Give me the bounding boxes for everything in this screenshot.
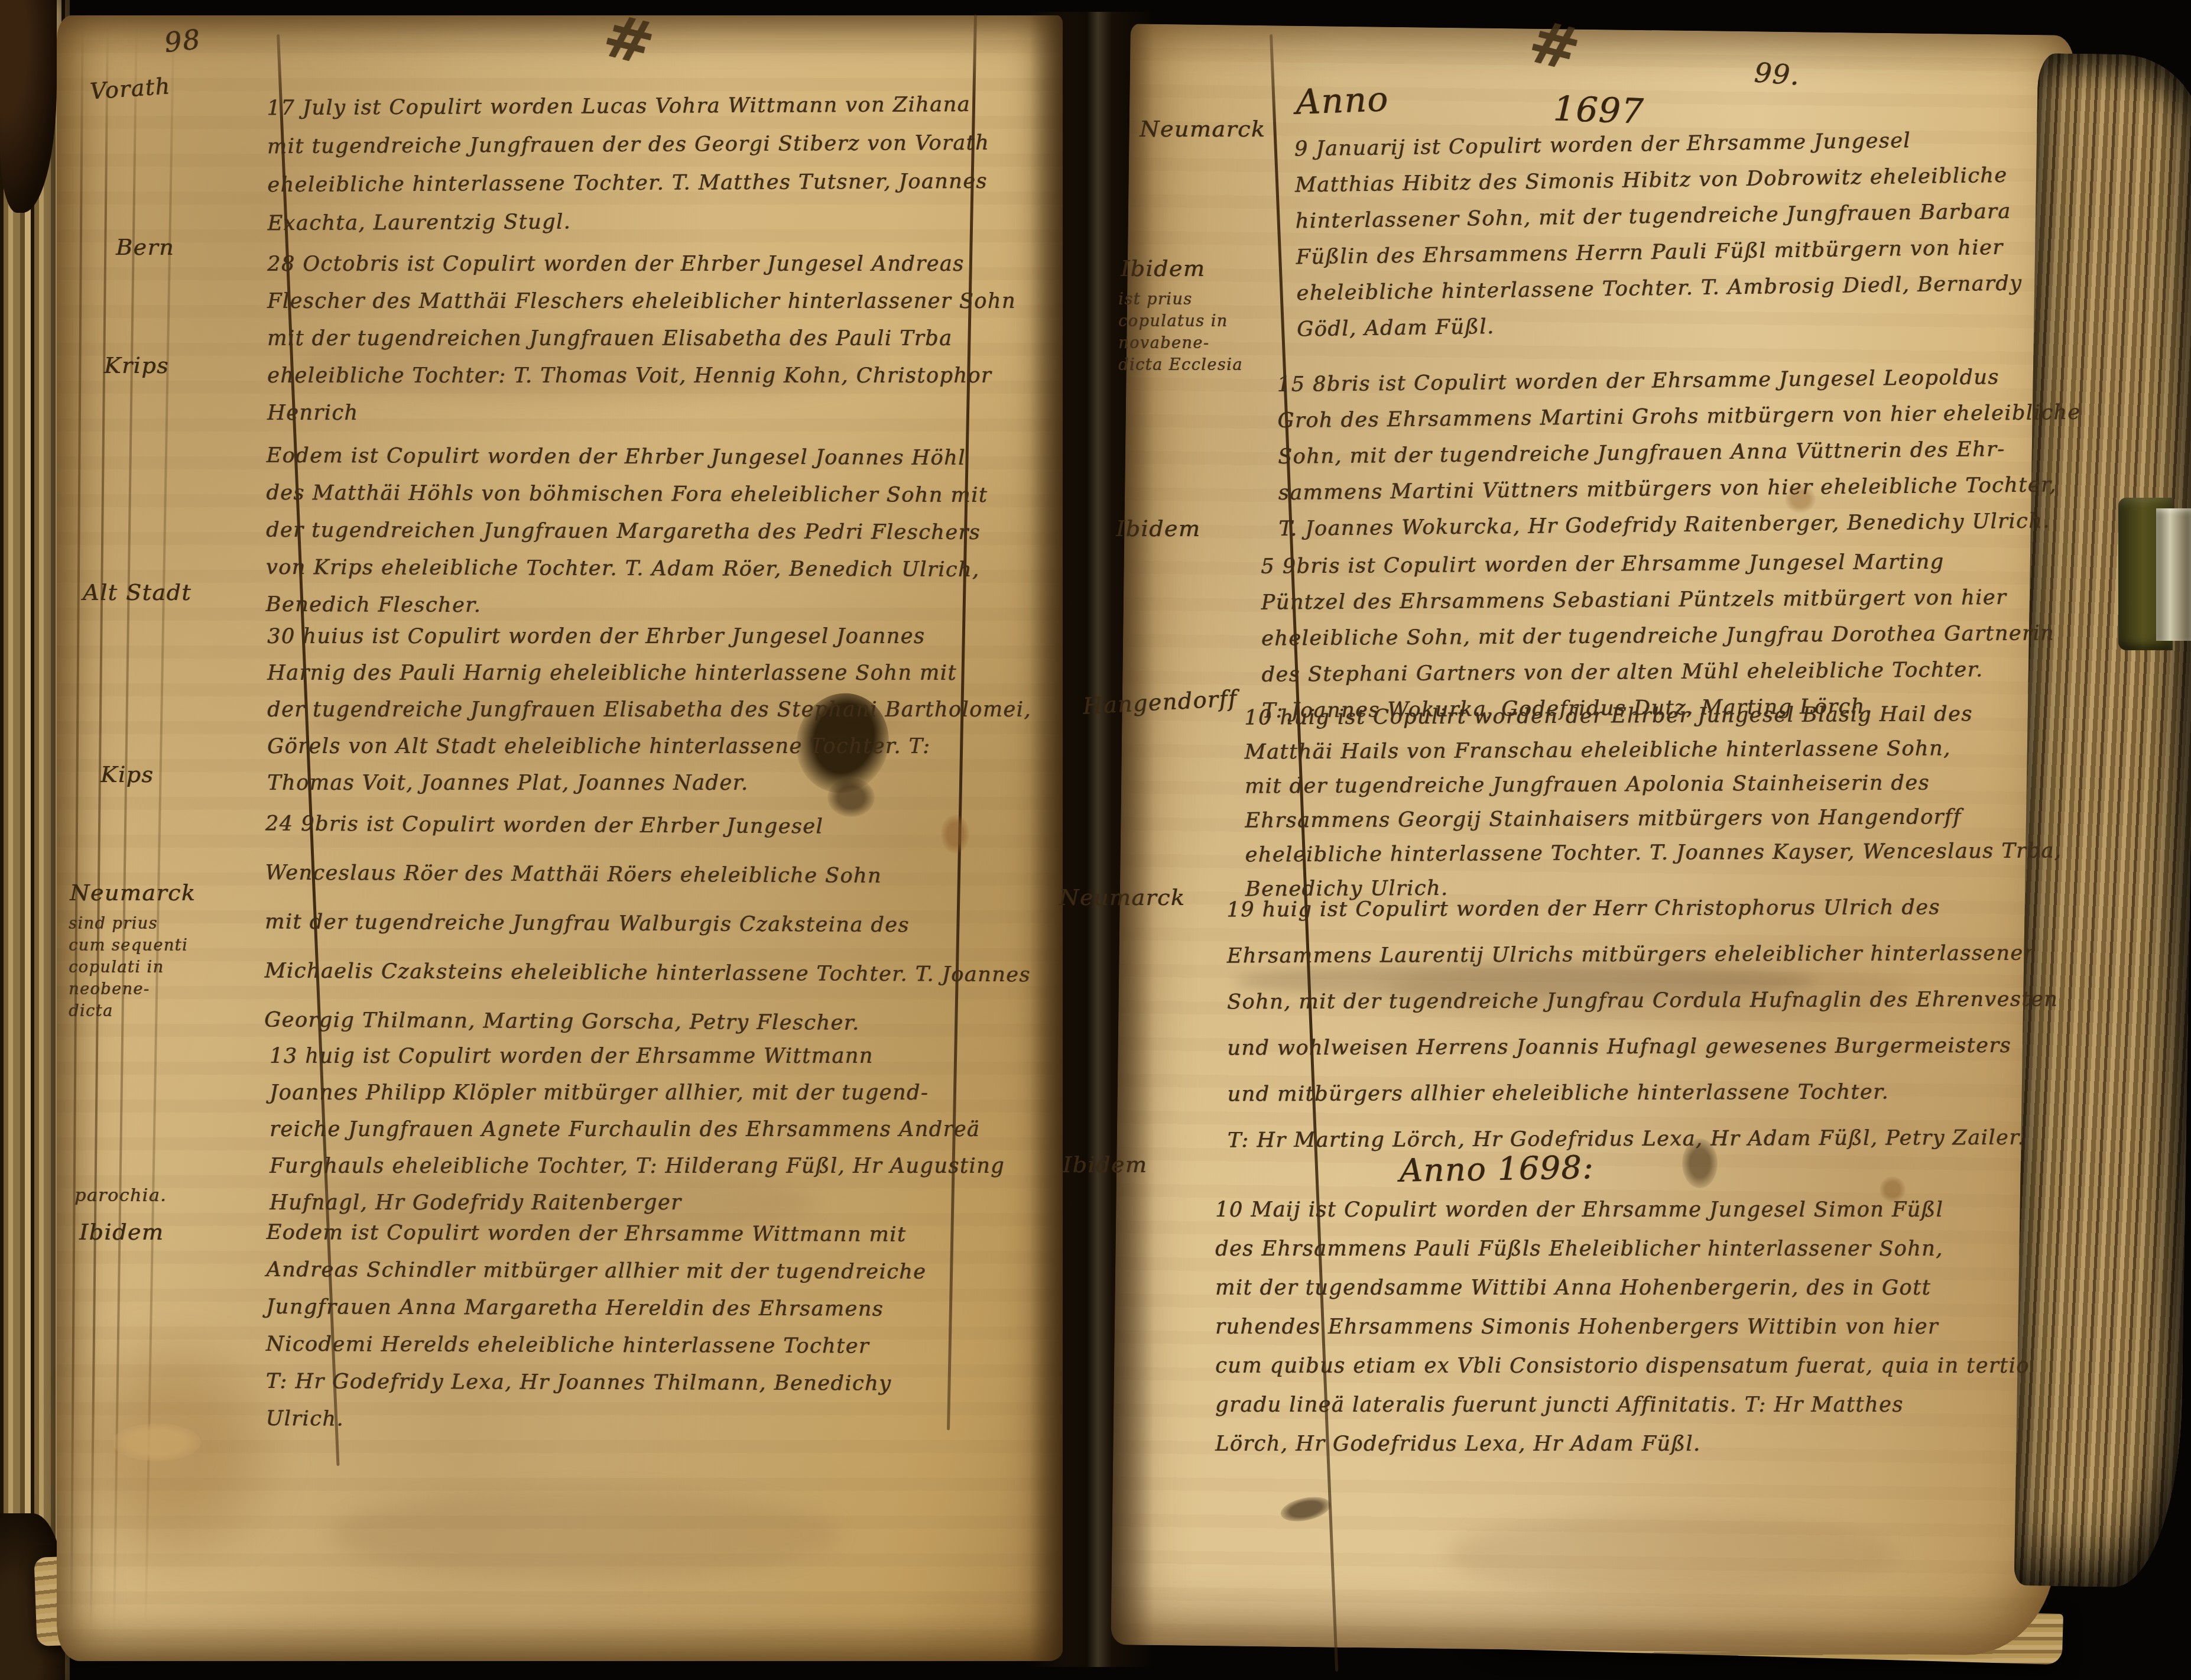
entry-line: Andreas Schindler mitbürger allhier mit … — [266, 1251, 926, 1291]
marriage-entry: 10 Maij ist Copulirt worden der Ehrsamme… — [1215, 1191, 2030, 1464]
margin-place-kips: Kips — [100, 761, 154, 787]
entry-line: Exachta, Laurentzig Stugl. — [267, 201, 990, 243]
marriage-entry: Eodem ist Copulirt worden der Ehrsamme W… — [265, 1214, 926, 1440]
margin-place-ibidem: Ibidem — [1116, 515, 1200, 541]
anno-1697-year: 1697 — [1553, 88, 1645, 131]
entry-line: der tugendreichen Jungfrauen Margaretha … — [266, 512, 988, 552]
margin-latin-line: dicta — [69, 1000, 188, 1022]
entry-line: 10 huig ist Copulirt worden der Ehrber J… — [1244, 696, 2061, 735]
entry-line: der tugendreiche Jungfrauen Elisabetha d… — [267, 692, 1031, 728]
entry-line: Lörch, Hr Godefridus Lexa, Hr Adam Füßl. — [1215, 1425, 2030, 1464]
marriage-entry: 15 8bris ist Copulirt worden der Ehrsamm… — [1277, 359, 2082, 547]
entry-line: Wenceslaus Röer des Matthäi Röers ehelei… — [265, 849, 1031, 902]
entry-line: mit der tugendsamme Wittibi Anna Hohenbe… — [1215, 1269, 2030, 1308]
entry-line: T: Hr Marting Lörch, Hr Godefridus Lexa,… — [1228, 1115, 2059, 1164]
margin-place-ibidem: Ibidem — [1063, 1152, 1147, 1178]
anno-1698-heading: Anno 1698: — [1399, 1149, 1594, 1189]
entry-line: eheleibliche Tochter: T. Thomas Voit, He… — [267, 358, 1016, 395]
page-number-left: 98 — [163, 23, 202, 59]
margin-place-neumarck: Neumarck — [70, 880, 196, 906]
entry-line: eheleibliche Sohn, mit der tugendreiche … — [1261, 615, 2054, 657]
marriage-entry: 10 huig ist Copulirt worden der Ehrber J… — [1244, 696, 2062, 906]
margin-latin-line: sind prius — [69, 913, 188, 935]
entry-line: Eodem ist Copulirt worden der Ehrber Jun… — [266, 437, 988, 477]
entry-line: gradu lineä lateralis fuerunt juncti Aff… — [1215, 1386, 2030, 1425]
entry-line: Furghauls eheleibliche Tochter, T: Hilde… — [270, 1148, 1005, 1185]
entry-line: eheleibliche hinterlassene Tochter. T. M… — [267, 163, 990, 205]
entry-line: Michaelis Czaksteins eheleibliche hinter… — [264, 947, 1031, 1000]
margin-latin-line: copulati in — [69, 956, 188, 978]
marriage-entry: 24 9bris ist Copulirt worden der Ehrber … — [264, 800, 1031, 1049]
entry-line: mit der tugendreiche Jungfrau Walburgis … — [265, 898, 1031, 951]
entry-line: Flescher des Matthäi Fleschers eheleibli… — [267, 283, 1016, 320]
entry-line: Matthäi Hails von Franschau eheleibliche… — [1244, 731, 2061, 769]
entry-line: mit der tugendreichen Jungfrauen Elisabe… — [267, 320, 1016, 358]
entry-line: mit der tugendreiche Jungfrauen Apolonia… — [1245, 765, 2062, 803]
entry-line: 13 huig ist Copulirt worden der Ehrsamme… — [270, 1038, 1005, 1075]
margin-latin-note: sind prius cum sequenti copulati in neob… — [69, 913, 188, 1022]
anno-1697-word: Anno — [1295, 79, 1390, 122]
manuscript-photo: 98 99. # # Vorath Bern Krips Alt Stadt K… — [0, 0, 2191, 1680]
entry-line: cum quibus etiam ex Vbli Consistorio dis… — [1215, 1347, 2030, 1386]
margin-latin-line: dicta Ecclesia — [1118, 354, 1243, 376]
entry-line: 5 9bris ist Copulirt worden der Ehrsamme… — [1261, 543, 2054, 585]
marriage-entry: Eodem ist Copulirt worden der Ehrber Jun… — [265, 437, 988, 626]
margin-latin-line: novabene- — [1118, 332, 1243, 354]
marriage-entry: 9 Januarij ist Copulirt worden der Ehrsa… — [1294, 121, 2023, 348]
entry-line: 17 July ist Copulirt worden Lucas Vohra … — [267, 86, 989, 128]
entry-line: eheleibliche hinterlassene Tochter. T. J… — [1245, 833, 2062, 872]
entry-line: Püntzel des Ehrsammens Sebastiani Püntze… — [1261, 579, 2054, 621]
ink-show-through — [1448, 1513, 1897, 1596]
entry-line: Harnig des Pauli Harnig eheleibliche hin… — [267, 655, 1031, 692]
margin-place-altstadt: Alt Stadt — [83, 579, 191, 605]
margin-latin-line: parochia. — [74, 1185, 167, 1207]
margin-latin-line: ist prius — [1118, 288, 1243, 310]
entry-line: T: Hr Godefridy Lexa, Hr Joannes Thilman… — [266, 1363, 926, 1403]
margin-place-krips: Krips — [104, 352, 169, 378]
entry-line: Thomas Voit, Joannes Plat, Joannes Nader… — [267, 765, 1031, 802]
entry-line: Jungfrauen Anna Margaretha Hereldin des … — [266, 1289, 926, 1328]
marriage-entry: 28 Octobris ist Copulirt worden der Ehrb… — [267, 246, 1016, 432]
margin-place-neumarck: Neumarck — [1059, 884, 1185, 910]
margin-place-bern: Bern — [116, 234, 174, 260]
entry-line: 30 huius ist Copulirt worden der Ehrber … — [267, 618, 1031, 655]
entry-line: Görels von Alt Stadt eheleibliche hinter… — [267, 728, 1031, 765]
entry-line: Ehrsammens Georgij Stainhaisers mitbürge… — [1245, 799, 2062, 838]
entry-line: 24 9bris ist Copulirt worden der Ehrber … — [265, 800, 1032, 853]
entry-line: 19 huig ist Copulirt worden der Herr Chr… — [1226, 884, 2057, 933]
entry-line: von Krips eheleibliche Tochter. T. Adam … — [266, 549, 988, 589]
marriage-entry: 30 huius ist Copulirt worden der Ehrber … — [267, 618, 1031, 802]
entry-line: Ehrsammens Laurentij Ulrichs mitbürgers … — [1226, 930, 2057, 980]
entry-line: mit tugendreiche Jungfrauen der des Geor… — [267, 124, 990, 166]
margin-latin-line: cum sequenti — [69, 935, 188, 956]
entry-line: Eodem ist Copulirt worden der Ehrsamme W… — [266, 1214, 926, 1254]
margin-latin-line: copulatus in — [1118, 310, 1243, 332]
entry-line: Sohn, mit der tugendreiche Jungfrau Cord… — [1227, 977, 2058, 1026]
page-number-right: 99. — [1753, 56, 1801, 91]
entry-line: 10 Maij ist Copulirt worden der Ehrsamme… — [1215, 1191, 2030, 1230]
entry-line: und mitbürgers allhier eheleibliche hint… — [1227, 1069, 2058, 1118]
entry-line: ruhendes Ehrsammens Simonis Hohenbergers… — [1215, 1308, 2030, 1347]
marriage-entry: 13 huig ist Copulirt worden der Ehrsamme… — [270, 1038, 1005, 1221]
entry-line: Ulrich. — [265, 1400, 926, 1440]
entry-line: des Stephani Gartners von der alten Mühl… — [1261, 651, 2054, 693]
margin-place-ibidem: Ibidem — [79, 1219, 164, 1245]
margin-place-ibidem: Ibidem — [1121, 255, 1205, 281]
pale-spot — [112, 1423, 201, 1461]
ink-show-through — [331, 1490, 839, 1578]
margin-latin-line: neobene- — [69, 978, 188, 1000]
entry-line: Joannes Philipp Klöpler mitbürger allhie… — [270, 1075, 1005, 1111]
entry-line: Henrich — [267, 395, 1016, 432]
clasp-metal-fitting — [2156, 508, 2191, 641]
entry-line: des Matthäi Höhls von böhmischen Fora eh… — [266, 475, 988, 514]
marriage-entry: 17 July ist Copulirt worden Lucas Vohra … — [267, 86, 990, 243]
entry-line: und wohlweisen Herrens Joannis Hufnagl g… — [1227, 1023, 2058, 1072]
margin-place-neumarck: Neumarck — [1140, 116, 1265, 142]
marriage-entry: 19 huig ist Copulirt worden der Herr Chr… — [1226, 884, 2059, 1164]
entry-line: Nicodemi Herelds eheleibliche hinterlass… — [266, 1326, 926, 1366]
margin-latin-note: ist prius copulatus in novabene- dicta E… — [1118, 288, 1243, 376]
entry-line: reiche Jungfrauen Agnete Furchaulin des … — [270, 1111, 1005, 1148]
entry-line: des Ehrsammens Pauli Füßls Eheleiblicher… — [1215, 1230, 2030, 1269]
entry-line: 28 Octobris ist Copulirt worden der Ehrb… — [267, 246, 1016, 283]
